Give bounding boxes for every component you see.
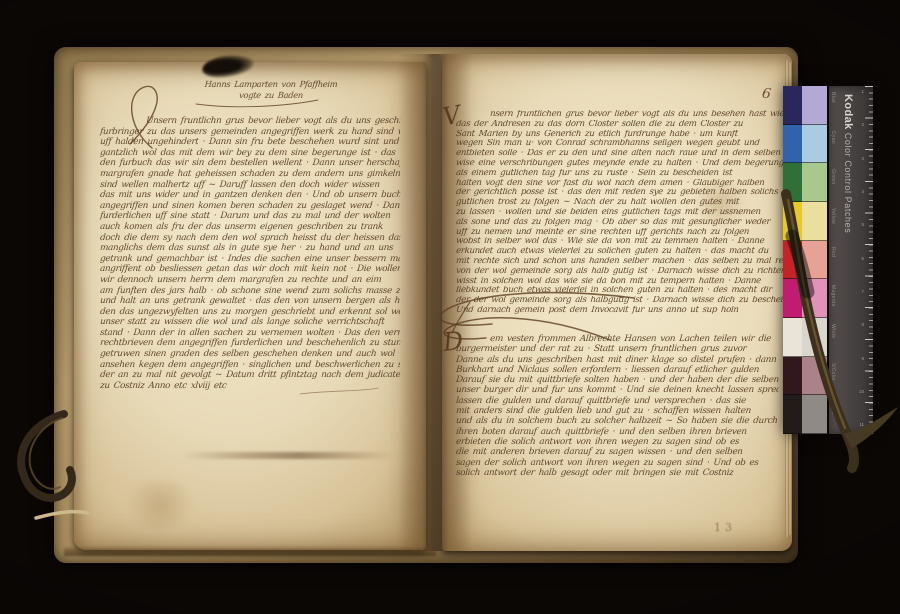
color-patch-labels: BlueCyanGreenYellowRedMagentaWhite3/Colo… — [829, 86, 839, 434]
manuscript-line: der der wol gemeinde sorg als halbgutig … — [456, 296, 784, 306]
manuscript-line: der gerichtlich posse ist · das den mit … — [456, 188, 784, 198]
manuscript-line: Danne als du uns geschriben hast mit din… — [456, 355, 780, 365]
color-patch-cyan-solid — [783, 125, 802, 164]
color-patch-column-solid — [783, 86, 802, 434]
manuscript-line: mit anders sind die gulden lieb und gut … — [456, 406, 780, 416]
manuscript-line: lassen die gulden und darauf quittbriefe… — [456, 396, 780, 406]
strip-title-text: Color Control Patches — [843, 130, 853, 234]
manuscript-line: entbieten solle · Das er zu den und sine… — [456, 149, 784, 159]
color-patch-3color-tint — [802, 357, 827, 396]
manuscript-line: rechtbrieven dem angegriffen furderliche… — [100, 338, 401, 349]
manuscript-line: wisst in solchen wol das wie sie da bon … — [456, 277, 784, 287]
patch-label: Cyan — [830, 131, 836, 144]
color-patch-magenta-solid — [783, 279, 802, 318]
manuscript-line: gantzlich wol das mit dem wir bey zu dem… — [100, 148, 401, 159]
ink-smudge — [182, 452, 394, 459]
manuscript-line: ansehen kegen dem angegriffen · singlich… — [100, 360, 401, 371]
manuscript-line: doch die dem sy nach dem den wol sprach … — [100, 233, 401, 244]
manuscript-line: zu lassen · wollen und sie beiden eins g… — [456, 208, 784, 218]
kodak-logo-text: Kodak — [842, 94, 854, 130]
manuscript-line: Und darnach gemein post dem Invocavit fu… — [456, 306, 784, 316]
manuscript-line: solich antwort der halb gesagt oder mit … — [456, 468, 780, 478]
heading-line: vogte zu Baden — [183, 90, 360, 101]
manuscript-line: mit rechte sich und schon uns handen sel… — [456, 257, 784, 267]
manuscript-line: das der Andresen zu das dorn Closter sol… — [456, 120, 784, 130]
color-patch-magenta-tint — [802, 279, 827, 318]
manuscript-line: von der wol gemeinde sorg als halb gutig… — [456, 267, 784, 277]
manuscript-line: Unsern fruntlichn grus bevor lieber vogt… — [100, 116, 401, 127]
patch-label: Blue — [830, 92, 836, 103]
manuscript-line: zu Costniz Anno etc xlviij etc — [100, 381, 401, 392]
color-patch-green-tint — [802, 163, 827, 202]
foxing-spot — [120, 480, 200, 530]
manuscript-line: als sone und das zu folgen mag · Ob aber… — [456, 218, 784, 228]
cover-crease — [64, 546, 436, 556]
photo-background: Hanns Lamparten von Pfaffheim vogte zu B… — [0, 0, 900, 614]
color-patch-cyan-tint — [802, 125, 827, 164]
manuscript-line: manglichs dem das sunst als in gute sye … — [100, 243, 401, 254]
manuscript-line: wise eine verschribungen gutes meynde en… — [456, 159, 784, 169]
page-heading: Hanns Lamparten von Pfaffheim vogte zu B… — [183, 79, 359, 100]
ruler-ticks — [864, 86, 873, 434]
color-patch-red-solid — [783, 241, 802, 280]
manuscript-line: unser statt zu wissen die wol und als la… — [100, 317, 401, 328]
patch-label: Magenta — [830, 285, 836, 307]
manuscript-line: Sant Marien by uns Generich zu etlich fu… — [456, 130, 784, 140]
manuscript-line: als einem gutlichen tag fur uns zu ruste… — [456, 169, 784, 179]
manuscript-line: ihren boten darauf auch quittbriefe · un… — [456, 427, 780, 437]
color-patch-black-solid — [783, 395, 802, 434]
manuscript-line: uff zu nemen und meinte er sine rechten … — [456, 228, 784, 238]
manuscript-line: nsern fruntlichen grus bevor lieber vogt… — [456, 110, 784, 120]
color-patch-red-tint — [802, 241, 827, 280]
color-patch-blue-tint — [802, 86, 827, 125]
color-patch-column-tint — [802, 86, 827, 434]
manuscript-line: sagen der solich antwort von ihren wegen… — [456, 458, 780, 468]
manuscript-line: auch komen als fru der das unserm eigene… — [100, 222, 401, 233]
manuscript-line: Darauf sie du mit quittbriefe solten hab… — [456, 375, 780, 385]
color-patch-white-solid — [783, 318, 802, 357]
color-patch-yellow-tint — [802, 202, 827, 241]
color-patch-3color-solid — [783, 357, 802, 396]
manuscript-line: der an zu mal nit gevolgt ~ Datum dritt … — [100, 370, 401, 381]
manuscript-line: uff halden ungehindert · Dann sin fru be… — [100, 137, 401, 148]
manuscript-line: wobst in selber wol das · Wie sie da von… — [456, 237, 784, 247]
manuscript-line: das mit uns wider und in gantzen denken … — [100, 190, 401, 201]
patch-label: 3/Color — [830, 363, 836, 381]
manuscript-line: den das ungezwyfelten uns zu morgen gesc… — [100, 307, 401, 318]
manuscript-line: am funften des jars halb · ob schone sin… — [100, 286, 401, 297]
manuscript-line: stand · Dann der in allen sachen zu vern… — [100, 328, 401, 339]
manuscript-line: gutlichen trost zu folgen ~ Nach der zu … — [456, 198, 784, 208]
patch-label: Green — [830, 169, 836, 184]
kodak-brand-text: Kodak Color Control Patches — [842, 94, 854, 424]
patch-label: Red — [830, 247, 836, 257]
patch-label: Yellow — [830, 208, 836, 224]
manuscript-line: halten vogt den sine vor fast du wol nac… — [456, 179, 784, 189]
color-patch-blue-solid — [783, 86, 802, 125]
patch-label: Black — [830, 401, 836, 415]
manuscript-line: furbringer zu das unsers gemeinden angeg… — [100, 127, 401, 138]
manuscript-paragraph: Unsern fruntlichn grus bevor lieber vogt… — [100, 116, 400, 391]
manuscript-line: em vesten frommen Albrechte Hansen von L… — [456, 334, 780, 344]
manuscript-line: liebkundet buch etwas vielerlei in solch… — [456, 286, 784, 296]
manuscript-line: wegen Sin man u· von Conrad schrambhanns… — [456, 139, 784, 149]
manuscript-line: sind wellen malhertz uff ~ Daruff lassen… — [100, 180, 401, 191]
manuscript-paragraph: em vesten frommen Albrechte Hansen von L… — [456, 334, 779, 478]
patch-label: White — [830, 324, 836, 338]
color-patch-black-tint — [802, 395, 827, 434]
manuscript-line: margrafen gnade hat geheissen schaden zu… — [100, 169, 401, 180]
manuscript-line: die mit anderen brieven darauf zu sagen … — [456, 447, 780, 457]
manuscript-line: wir dennoch unsern herrn dem margrafen z… — [100, 275, 401, 286]
color-patch-yellow-solid — [783, 202, 802, 241]
manuscript-line: und halt an uns getrank gewaltet · das d… — [100, 296, 401, 307]
manuscript-line: unser burger dir und fur uns kommt · Und… — [456, 385, 780, 395]
manuscript-line: furderlichen uff sine statt · Darum und … — [100, 211, 401, 222]
kodak-color-control-strip: BlueCyanGreenYellowRedMagentaWhite3/Colo… — [783, 86, 873, 434]
color-patch-white-tint — [802, 318, 827, 357]
manuscript-line: getrank und gemachbar ist · Indes die sa… — [100, 254, 401, 265]
manuscript-line: und als du in solchem buch zu solcher ha… — [456, 416, 780, 426]
color-strip-label-panel: BlueCyanGreenYellowRedMagentaWhite3/Colo… — [829, 86, 873, 434]
manuscript-line: angriffent ob besliessen getan das wir d… — [100, 264, 401, 275]
manuscript-line: Burkhart und Niclaus sollen erfordern · … — [456, 365, 780, 375]
manuscript-line: angegriffen und sinen komen beren schade… — [100, 201, 401, 212]
manuscript-line: den furbuch das wir sin dem bestellen we… — [100, 158, 401, 169]
heading-line: Hanns Lamparten von Pfaffheim — [183, 79, 360, 90]
manuscript-line: erkundet auch etwas vielerlei zu soliche… — [456, 247, 784, 257]
manuscript-paragraph: nsern fruntlichen grus bevor lieber vogt… — [456, 110, 783, 316]
manuscript-line: erbieten die solich antwort von ihren we… — [456, 437, 780, 447]
manuscript-line: burgermeister und der rat zu · Statt uns… — [456, 344, 780, 354]
manuscript-line: getruwen sinen graden des selben gescheh… — [100, 349, 401, 360]
color-patch-green-solid — [783, 163, 802, 202]
archive-stamp-number: 13 — [714, 521, 736, 534]
